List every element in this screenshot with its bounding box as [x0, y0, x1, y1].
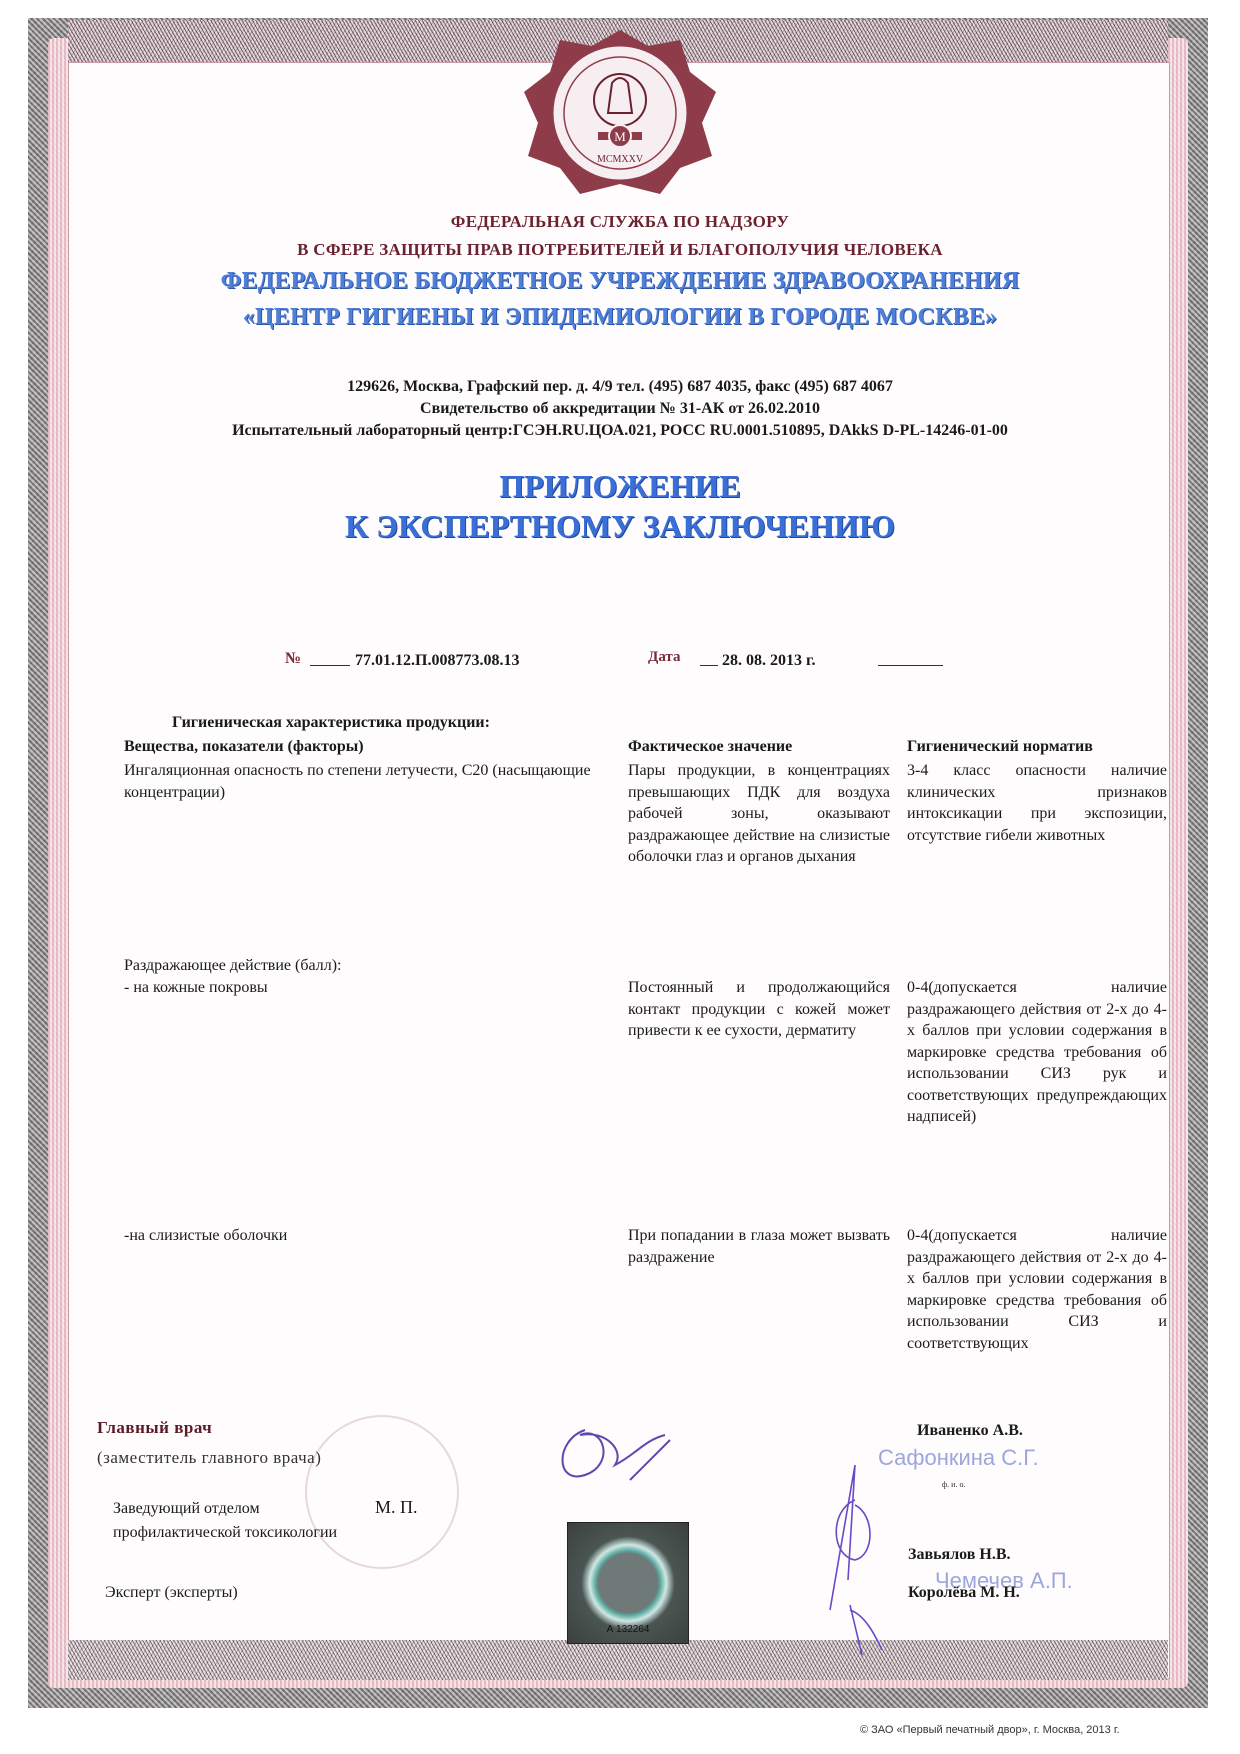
department-name: профилактической токсикологии: [113, 1524, 337, 1542]
emblem-icon: M MCMXXV: [520, 28, 720, 198]
date-underline-left: [700, 665, 718, 666]
row-4-norm: 0-4(допускается наличие раздражающего де…: [907, 1225, 1167, 1397]
deputy-title: (заместитель главного врача): [97, 1448, 321, 1468]
institution-name-line2: «ЦЕНТР ГИГИЕНЫ И ЭПИДЕМИОЛОГИИ В ГОРОДЕ …: [0, 304, 1240, 331]
row-4-factor: -на слизистые оболочки: [124, 1225, 524, 1247]
agency-name-line2: В СФЕРЕ ЗАЩИТЫ ПРАВ ПОТРЕБИТЕЛЕЙ И БЛАГО…: [0, 240, 1240, 260]
svg-text:MCMXXV: MCMXXV: [597, 154, 644, 165]
svg-text:M: M: [614, 129, 626, 144]
document-title-line1: ПРИЛОЖЕНИЕ: [0, 468, 1240, 505]
deputy-stamp-name: Сафонкина С.Г.: [878, 1445, 1039, 1471]
row-2-factor: Раздражающее действие (балл):: [124, 955, 524, 977]
document-title-line2: К ЭКСПЕРТНОМУ ЗАКЛЮЧЕНИЮ: [0, 508, 1240, 545]
row-1-actual: Пары продукции, в концентрациях превышаю…: [628, 760, 890, 868]
faded-seal-stamp: [305, 1415, 459, 1569]
column-header-actual: Фактическое значение: [628, 738, 792, 756]
column-header-norm: Гигиенический норматив: [907, 738, 1093, 756]
head-of-department-title: Заведующий отделом: [113, 1500, 260, 1518]
column-header-factor: Вещества, показатели (факторы): [124, 738, 364, 756]
printer-copyright: © ЗАО «Первый печатный двор», г. Москва,…: [860, 1724, 1120, 1736]
seal-place-label: М. П.: [375, 1497, 418, 1518]
chief-physician-title: Главный врач: [97, 1418, 212, 1438]
number-label: №: [285, 650, 301, 668]
address: 129626, Москва, Графский пер. д. 4/9 тел…: [0, 378, 1240, 396]
expert-signature-icon: [820, 1460, 890, 1660]
row-3-factor: - на кожные покровы: [124, 977, 524, 999]
agency-name-line1: ФЕДЕРАЛЬНАЯ СЛУЖБА ПО НАДЗОРУ: [0, 212, 1240, 232]
date-label: Дата: [648, 649, 680, 666]
row-3-norm: 0-4(допускается наличие раздражающего де…: [907, 977, 1167, 1128]
row-1-norm: 3-4 класс опасности наличие клинических …: [907, 760, 1167, 846]
number-underline: [310, 665, 350, 666]
document-date: 28. 08. 2013 г.: [722, 652, 815, 670]
document-number: 77.01.12.П.008773.08.13: [355, 652, 519, 670]
hologram-number: А 132264: [568, 1624, 688, 1635]
row-4-actual: При попадании в глаза может вызвать разд…: [628, 1225, 890, 1268]
lab-center: Испытательный лабораторный центр:ГСЭН.RU…: [0, 422, 1240, 440]
institution-name-line1: ФЕДЕРАЛЬНОЕ БЮДЖЕТНОЕ УЧРЕЖДЕНИЕ ЗДРАВОО…: [0, 268, 1240, 295]
expert-name: Королёва М. Н.: [908, 1584, 1020, 1602]
head-of-department-name: Завьялов Н.В.: [908, 1546, 1011, 1564]
row-3-actual: Постоянный и продолжающийся контакт прод…: [628, 977, 890, 1042]
date-underline-right: [878, 665, 943, 666]
expert-label: Эксперт (эксперты): [105, 1584, 238, 1602]
section-title: Гигиеническая характеристика продукции:: [172, 714, 490, 732]
chief-physician-name: Иваненко А.В.: [917, 1422, 1023, 1440]
row-1-factor: Ингаляционная опасность по степени летуч…: [124, 760, 614, 803]
bottom-guilloche-band: [68, 1640, 1168, 1680]
hologram-sticker: А 132264: [567, 1522, 689, 1644]
chief-signature-icon: [545, 1410, 685, 1500]
accreditation: Свидетельство об аккредитации № 31-АК от…: [0, 400, 1240, 418]
fio-caption: ф. и. о.: [942, 1480, 965, 1489]
